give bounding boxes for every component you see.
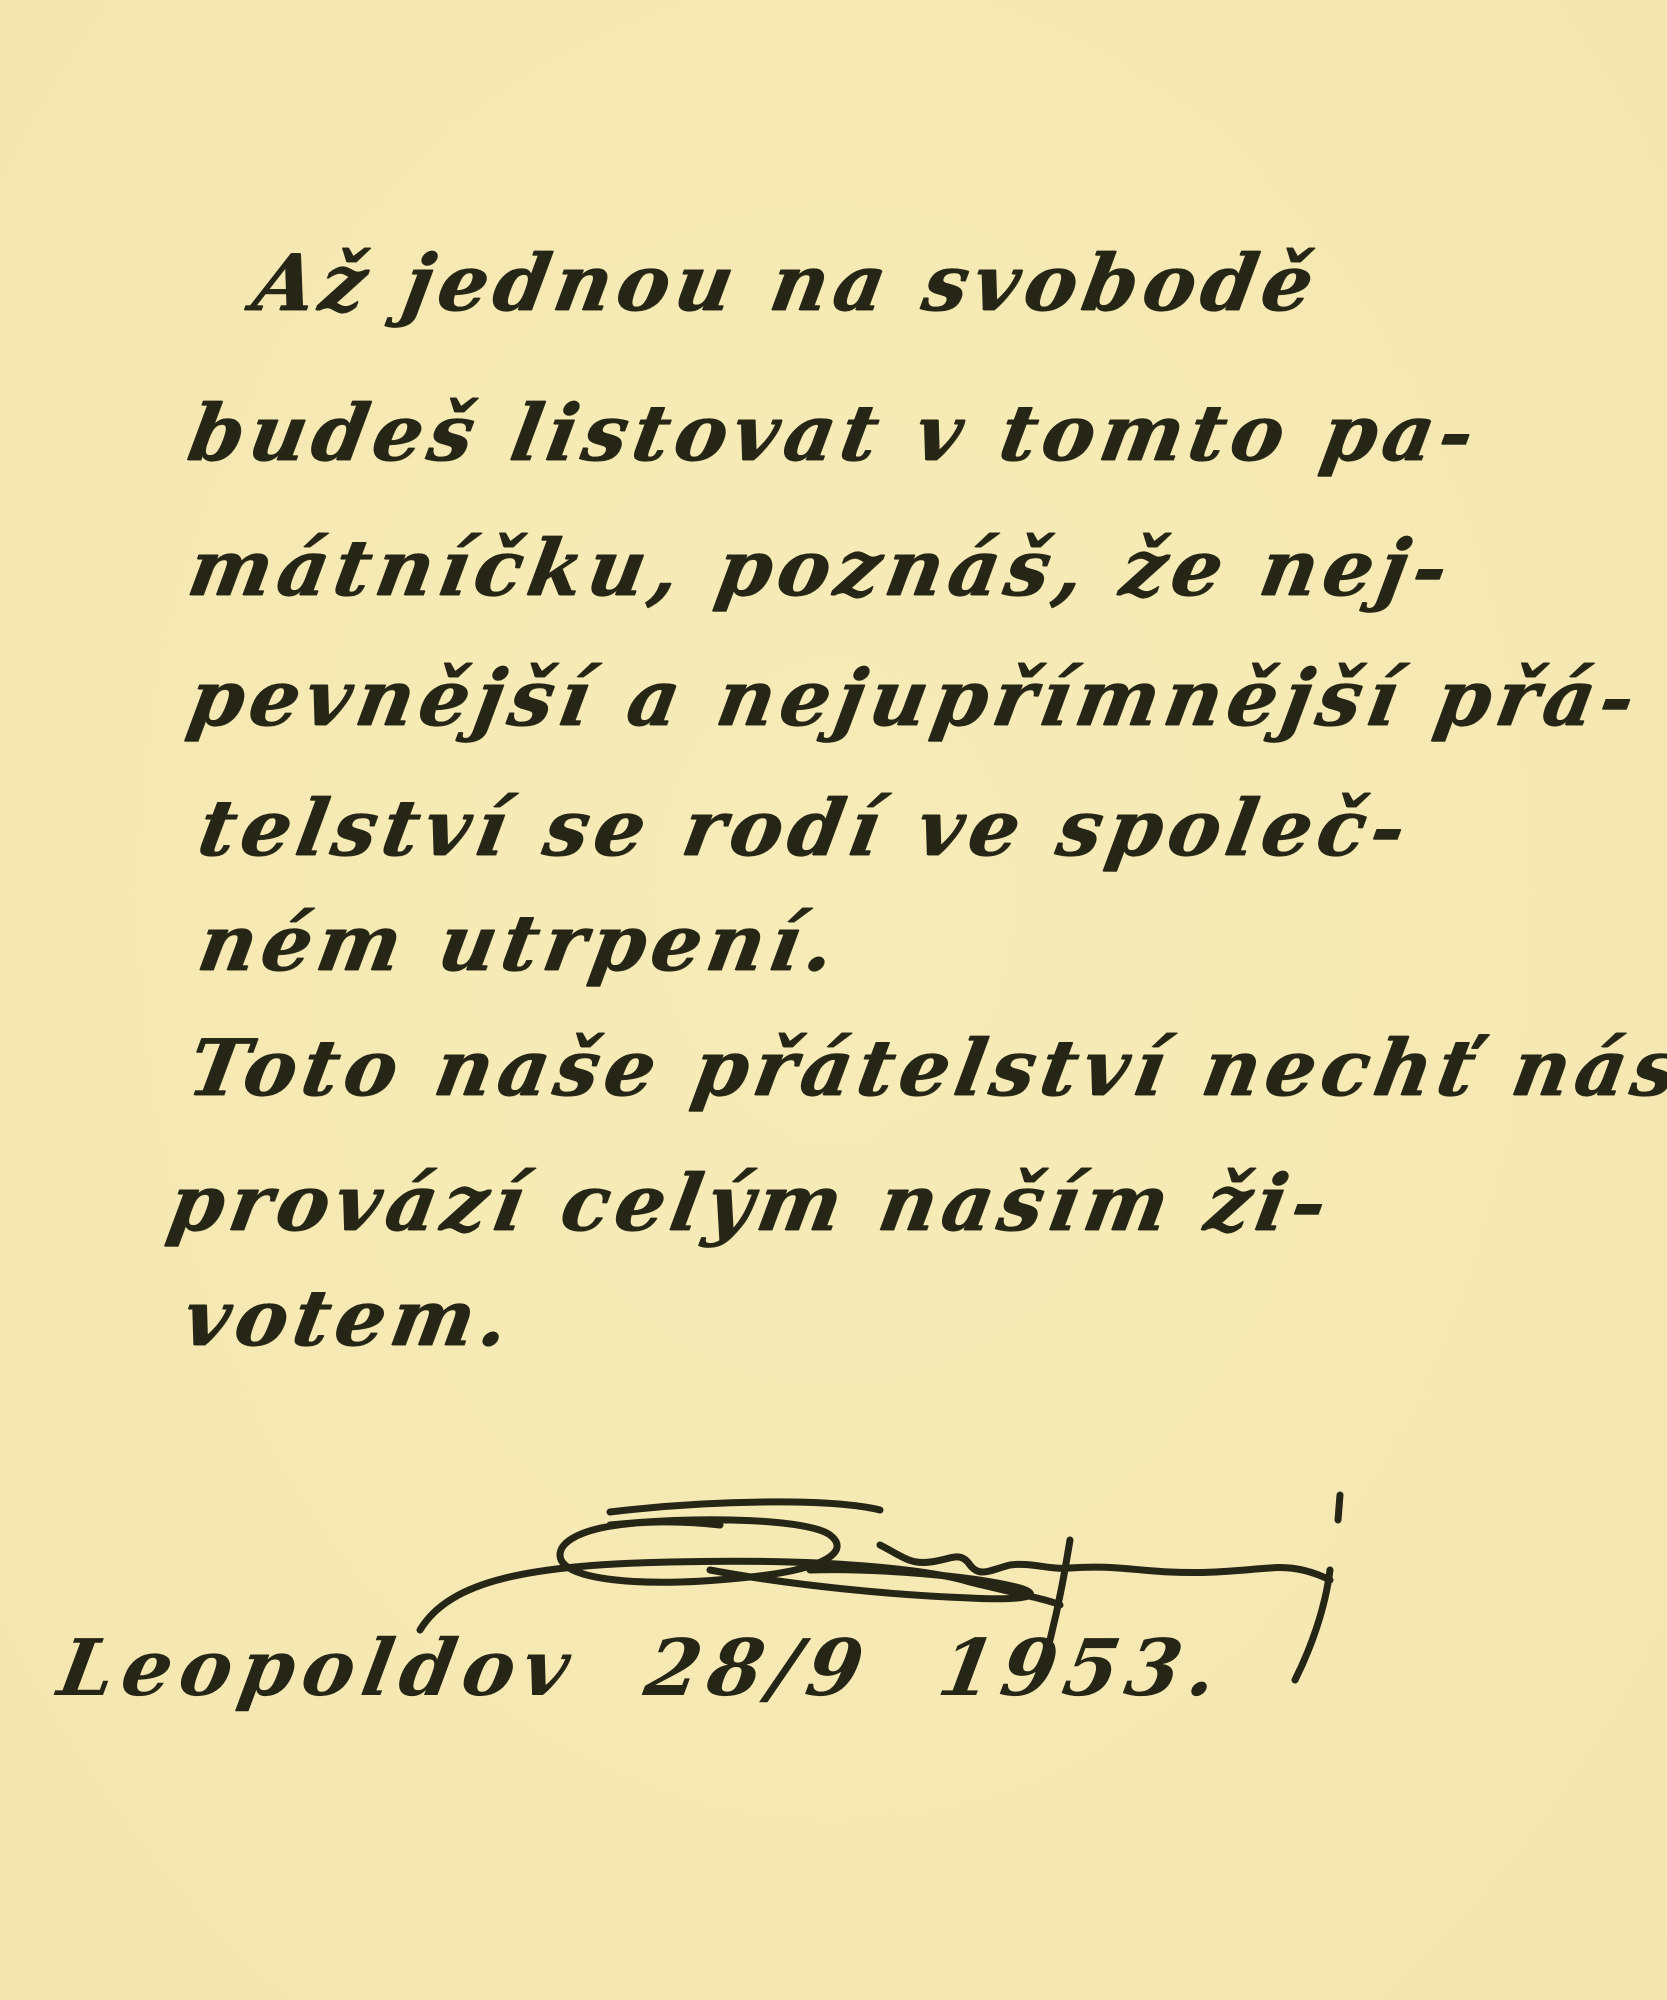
text-line-9: votem. xyxy=(178,1280,520,1358)
text-line-5: telství se rodí ve společ- xyxy=(193,790,1417,868)
paper-page: Až jednou na svobodě budeš listovat v to… xyxy=(0,0,1667,2000)
date-day-month: 28/9 xyxy=(639,1623,878,1714)
text-line-1: Až jednou na svobodě xyxy=(248,245,1325,323)
place-and-date: Leopoldov28/91953. xyxy=(53,1630,1301,1708)
text-line-8: provází celým naším ži- xyxy=(163,1165,1338,1243)
place-name: Leopoldov xyxy=(52,1623,585,1714)
text-line-7: Toto naše přátelství nechť nás xyxy=(183,1030,1667,1108)
date-year: 1953. xyxy=(932,1623,1232,1714)
text-line-4: pevnější a nejupřímnější přá- xyxy=(183,660,1646,738)
text-line-6: ném utrpení. xyxy=(193,905,846,983)
text-line-2: budeš listovat v tomto pa- xyxy=(183,395,1485,473)
text-line-3: mátníčku, poznáš, že nej- xyxy=(183,530,1459,608)
